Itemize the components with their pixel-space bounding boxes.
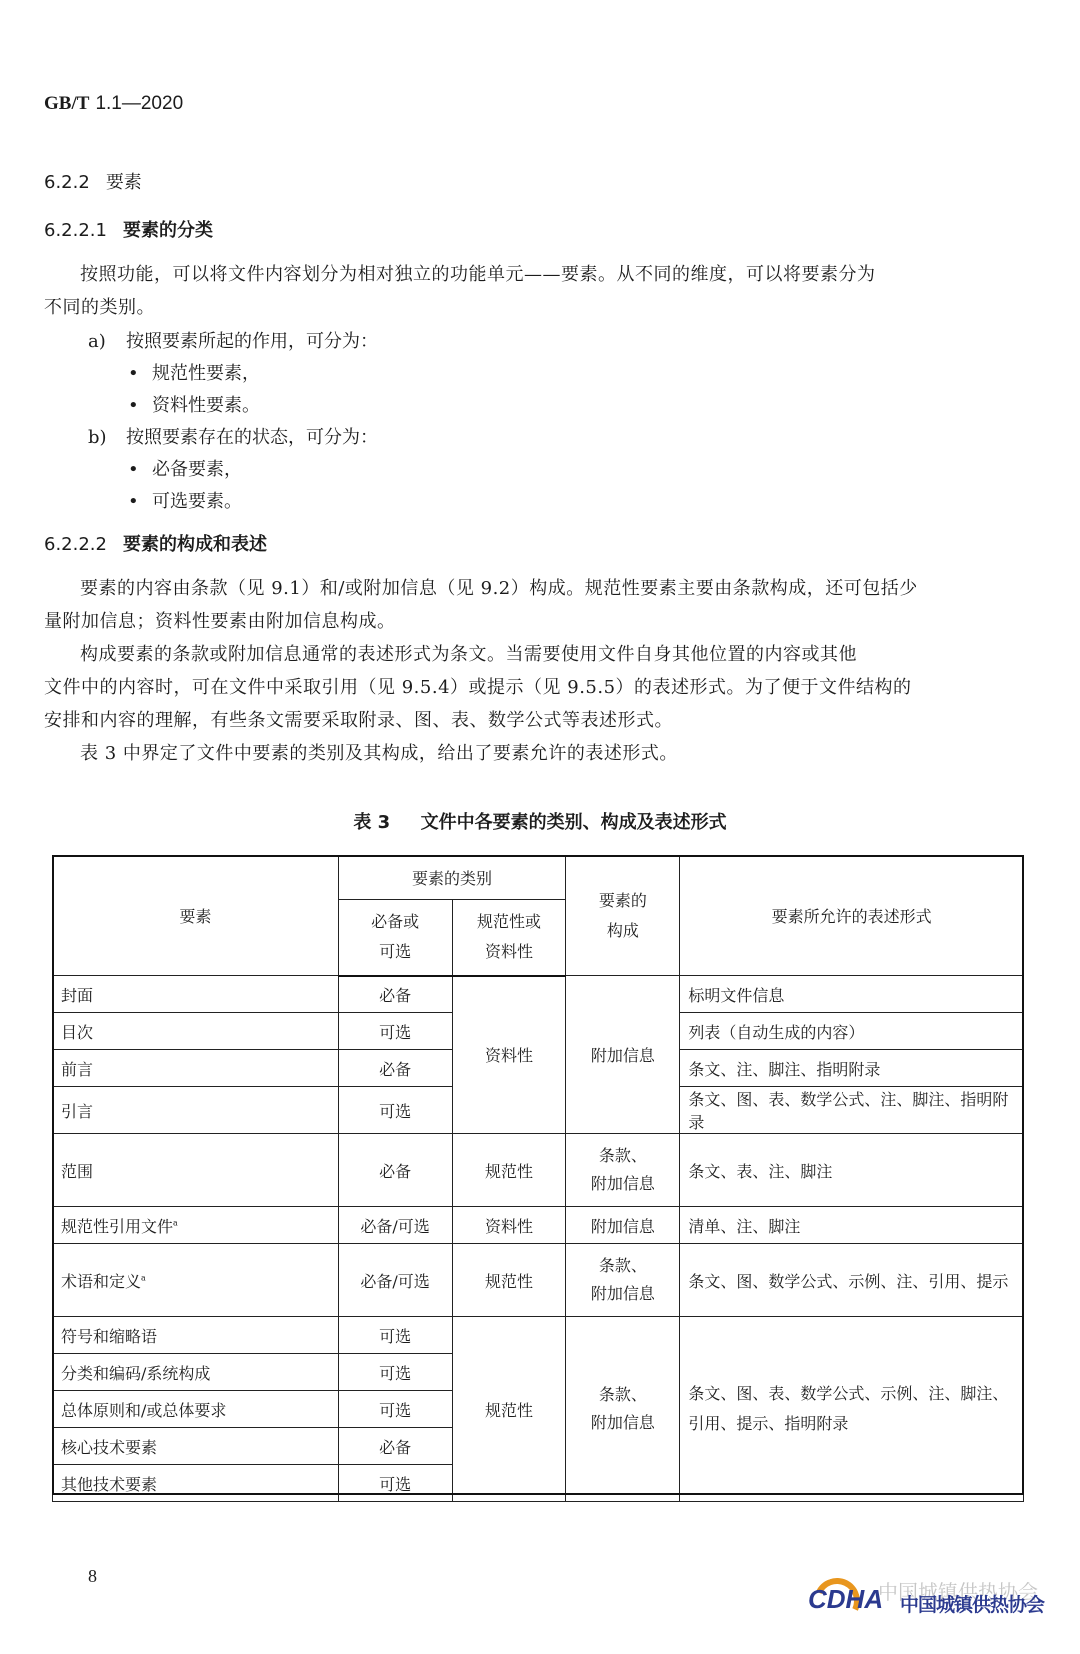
bullet-item: •规范性要素， (88, 358, 378, 390)
cell-forms: 条文、表、注、脚注 (680, 1134, 1024, 1207)
section-6-2-2-heading: 6.2.2要素 (44, 168, 142, 194)
table-row: 封面 必备 资料性 附加信息 标明文件信息 (53, 976, 1024, 1013)
table-row: 范围 必备 规范性 条款、 附加信息 条文、表、注、脚注 (53, 1134, 1024, 1207)
org-name: 中国城镇供热协会 (900, 1590, 1044, 1617)
cell-element: 其他技术要素 (53, 1465, 339, 1502)
page-number: 8 (88, 1566, 97, 1587)
section-number: 6.2.2 (44, 172, 90, 193)
header-element: 要素 (53, 856, 339, 976)
bullet-text: 必备要素， (152, 459, 242, 480)
list-item-b: b)按照要素存在的状态，可分为： (88, 422, 378, 454)
cell-forms: 条文、图、表、数学公式、注、脚注、指明附录 (680, 1087, 1024, 1134)
paragraph-line: 表 3 中界定了文件中要素的类别及其构成，给出了要素允许的表述形式。 (44, 737, 1034, 770)
cell-element: 总体原则和/或总体要求 (53, 1391, 339, 1428)
cell-composition: 条款、 附加信息 (566, 1244, 680, 1317)
paragraph-line: 构成要素的条款或附加信息通常的表述形式为条文。当需要使用文件自身其他位置的内容或… (44, 638, 1034, 671)
cell-req: 必备 (338, 1134, 452, 1207)
cell-req: 可选 (338, 1354, 452, 1391)
header-category-group: 要素的类别 (338, 856, 566, 900)
header-composition: 要素的 构成 (566, 856, 680, 976)
list-marker: a) (88, 326, 126, 358)
cell-req: 可选 (338, 1317, 452, 1354)
table-3: 要素 要素的类别 要素的 构成 要素所允许的表述形式 必备或 可选 规范性或 资… (52, 855, 1024, 1502)
cell-type-group1: 资料性 (452, 976, 566, 1134)
bullet-item: •资料性要素。 (88, 390, 378, 422)
standard-number: 1.1—2020 (95, 93, 183, 114)
table-row: 符号和缩略语 可选 规范性 条款、 附加信息 条文、图、表、数学公式、示例、注、… (53, 1317, 1024, 1354)
bullet-icon: • (128, 390, 152, 422)
section-number: 6.2.2.2 (44, 534, 107, 555)
logo-text: CDHA (808, 1584, 883, 1615)
cell-composition-group1: 附加信息 (566, 976, 680, 1134)
bullet-text: 规范性要素， (152, 363, 260, 384)
cell-req: 可选 (338, 1391, 452, 1428)
cell-forms: 清单、注、脚注 (680, 1207, 1024, 1244)
cell-composition: 条款、 附加信息 (566, 1134, 680, 1207)
cell-composition-group2: 条款、 附加信息 (566, 1317, 680, 1502)
cell-forms: 标明文件信息 (680, 976, 1024, 1013)
header-allowed-forms: 要素所允许的表述形式 (680, 856, 1024, 976)
table-row: 术语和定义a 必备/可选 规范性 条款、 附加信息 条文、图、数学公式、示例、注… (53, 1244, 1024, 1317)
bullet-item: •可选要素。 (88, 486, 378, 518)
cell-element: 范围 (53, 1134, 339, 1207)
cell-req: 必备 (338, 976, 452, 1013)
bullet-text: 资料性要素。 (152, 395, 260, 416)
table-caption: 表 3 文件中各要素的类别、构成及表述形式 (0, 808, 1080, 834)
cell-forms-group2: 条文、图、表、数学公式、示例、注、脚注、 引用、提示、指明附录 (680, 1317, 1024, 1502)
list-marker: b) (88, 422, 126, 454)
bullet-icon: • (128, 358, 152, 390)
list-item-a: a)按照要素所起的作用，可分为： (88, 326, 378, 358)
paragraph-line: 不同的类别。 (44, 291, 1034, 324)
section-6-2-2-2-heading: 6.2.2.2要素的构成和表述 (44, 530, 267, 556)
bullet-text: 可选要素。 (152, 491, 242, 512)
standard-header: GB/T 1.1—2020 (44, 92, 183, 115)
cell-type: 规范性 (452, 1134, 566, 1207)
section-number: 6.2.2.1 (44, 220, 107, 241)
classification-list: a)按照要素所起的作用，可分为： •规范性要素， •资料性要素。 b)按照要素存… (88, 326, 378, 518)
cell-req: 必备/可选 (338, 1207, 452, 1244)
paragraph-line: 按照功能，可以将文件内容划分为相对独立的功能单元——要素。从不同的维度，可以将要… (44, 258, 1034, 291)
cell-forms: 条文、图、数学公式、示例、注、引用、提示 (680, 1244, 1024, 1317)
cell-element: 术语和定义a (53, 1244, 339, 1317)
cell-composition: 附加信息 (566, 1207, 680, 1244)
cell-element: 前言 (53, 1050, 339, 1087)
section-6-2-2-1-heading: 6.2.2.1要素的分类 (44, 216, 213, 242)
cell-type: 规范性 (452, 1244, 566, 1317)
section-title: 要素的构成和表述 (123, 534, 267, 555)
cell-type: 资料性 (452, 1207, 566, 1244)
header-normative-informative: 规范性或 资料性 (452, 900, 566, 976)
cell-req: 必备 (338, 1428, 452, 1465)
cell-element: 引言 (53, 1087, 339, 1134)
list-text: 按照要素所起的作用，可分为： (126, 331, 378, 352)
header-required-optional: 必备或 可选 (338, 900, 452, 976)
table-caption-title: 文件中各要素的类别、构成及表述形式 (421, 812, 727, 833)
cell-element: 符号和缩略语 (53, 1317, 339, 1354)
cell-element: 核心技术要素 (53, 1428, 339, 1465)
cell-req: 必备 (338, 1050, 452, 1087)
cell-element: 封面 (53, 976, 339, 1013)
cell-element: 目次 (53, 1013, 339, 1050)
paragraph-composition: 要素的内容由条款（见 9.1）和/或附加信息（见 9.2）构成。规范性要素主要由… (44, 572, 1034, 770)
paragraph-line: 要素的内容由条款（见 9.1）和/或附加信息（见 9.2）构成。规范性要素主要由… (44, 572, 1034, 605)
table-row: 规范性引用文件a 必备/可选 资料性 附加信息 清单、注、脚注 (53, 1207, 1024, 1244)
cell-req: 可选 (338, 1465, 452, 1502)
section-title: 要素 (106, 172, 142, 193)
standard-prefix: GB/T (44, 93, 89, 114)
list-text: 按照要素存在的状态，可分为： (126, 427, 378, 448)
bullet-item: •必备要素， (88, 454, 378, 486)
table-caption-label: 表 3 (353, 812, 390, 833)
bullet-icon: • (128, 454, 152, 486)
cell-req: 可选 (338, 1013, 452, 1050)
cell-req: 可选 (338, 1087, 452, 1134)
section-title: 要素的分类 (123, 220, 213, 241)
paragraph-classification: 按照功能，可以将文件内容划分为相对独立的功能单元——要素。从不同的维度，可以将要… (44, 258, 1034, 324)
cell-forms: 列表（自动生成的内容） (680, 1013, 1024, 1050)
footnote-marker: a (173, 1218, 178, 1227)
footnote-marker: a (141, 1273, 146, 1282)
cell-forms: 条文、注、脚注、指明附录 (680, 1050, 1024, 1087)
bullet-icon: • (128, 486, 152, 518)
paragraph-line: 安排和内容的理解，有些条文需要采取附录、图、表、数学公式等表述形式。 (44, 704, 1034, 737)
cell-element: 分类和编码/系统构成 (53, 1354, 339, 1391)
paragraph-line: 量附加信息；资料性要素由附加信息构成。 (44, 605, 1034, 638)
table-header-row: 要素 要素的类别 要素的 构成 要素所允许的表述形式 (53, 856, 1024, 900)
paragraph-line: 文件中的内容时，可在文件中采取引用（见 9.5.4）或提示（见 9.5.5）的表… (44, 671, 1034, 704)
cell-req: 必备/可选 (338, 1244, 452, 1317)
cell-element: 规范性引用文件a (53, 1207, 339, 1244)
watermark: CDHA 中国城镇供热协会 中国城镇供热协会 (808, 1578, 1068, 1628)
cell-type-group2: 规范性 (452, 1317, 566, 1502)
